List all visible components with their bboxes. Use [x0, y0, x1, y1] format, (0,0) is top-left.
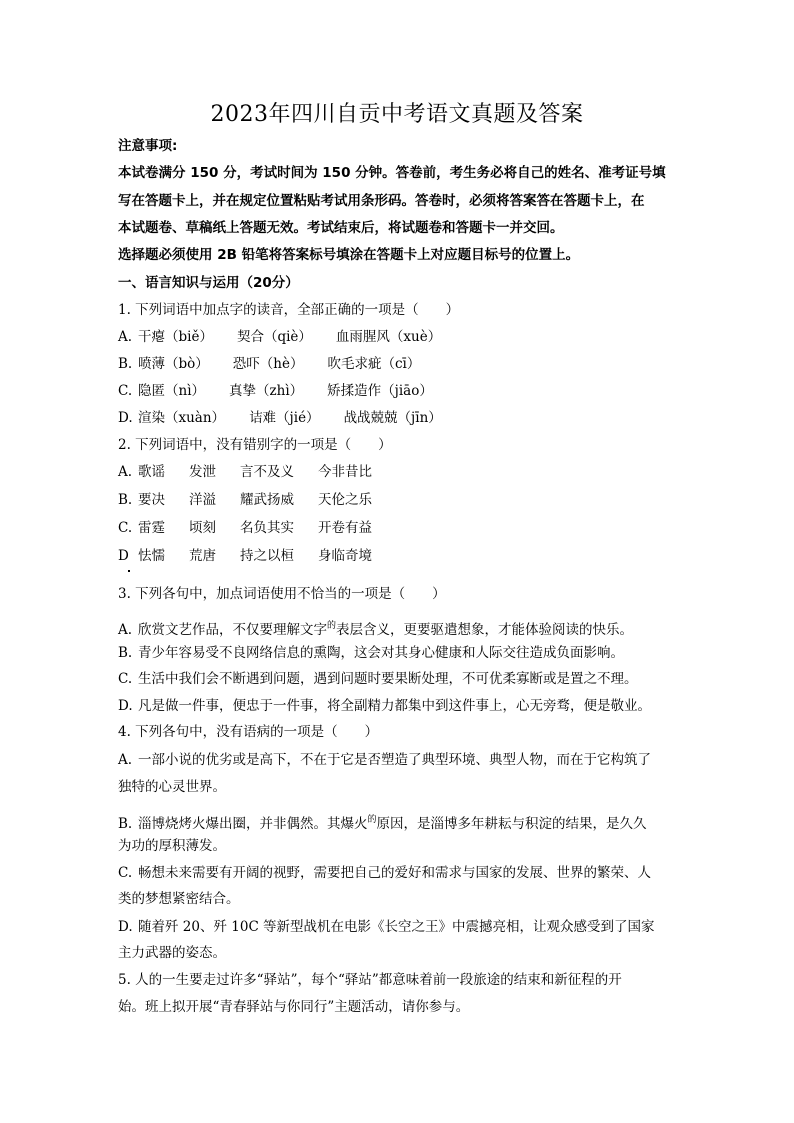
question-1-stem: 1. 下列词语中加点字的读音，全部正确的一项是（ ）: [118, 301, 678, 319]
q4-option-d: D.随着歼 20、歼 10C 等新型战机在电影《长空之王》中震撼亮相，让观众感受…: [118, 918, 678, 936]
option-item: 诘难（jié）: [249, 409, 320, 427]
option-label: D.: [118, 918, 138, 936]
notice-line: 本试卷满分 150 分，考试时间为 150 分钟。答卷前，考生务必将自己的姓名、…: [118, 164, 678, 182]
q1-option-d: D.渲染（xuàn）诘难（jié）战战兢兢（jīn）: [118, 409, 678, 427]
option-label: C.: [118, 382, 138, 400]
notice-line: 写在答题卡上，并在规定位置粘贴考试用条形码。答卷时，必须将答案答在答题卡上，在: [118, 192, 678, 210]
option-item: 歌谣: [138, 463, 165, 481]
superscript-char: 的: [368, 815, 377, 825]
option-text: 欣赏文艺作品，不仅要理解文字: [138, 622, 327, 638]
option-item: 真挚（zhì）: [229, 382, 303, 400]
option-item: 发泄: [189, 463, 216, 481]
notice-heading: 注意事项:: [118, 137, 678, 155]
q3-option-d: D.凡是做一件事，便忠于一件事，将全副精力都集中到这件事上，心无旁骛，便是敬业。: [118, 697, 678, 715]
option-label: A.: [118, 751, 138, 769]
q4-option-a-cont: 独特的心灵世界。: [118, 778, 678, 796]
q1-option-b: B.喷薄（bò）恐吓（hè）吹毛求疵（cī）: [118, 355, 678, 373]
q1-option-c: C.隐匿（nì）真挚（zhì）矫揉造作（jiāo）: [118, 382, 678, 400]
option-item: 身临奇境: [318, 547, 372, 565]
option-item: 今非昔比: [318, 463, 372, 481]
q4-option-c-cont: 类的梦想紧密结合。: [118, 890, 678, 908]
option-label: A.: [118, 328, 138, 346]
q3-option-c: C.生活中我们会不断遇到问题，遇到问题时要果断处理，不可优柔寡断或是置之不理。: [118, 670, 678, 688]
section-heading: 一、语言知识与运用（20分）: [118, 274, 678, 292]
option-item: 隐匿（nì）: [138, 382, 205, 400]
option-item: 言不及义: [240, 463, 294, 481]
option-label: D.: [118, 409, 138, 427]
q3-option-b: B.青少年容易受不良网络信息的熏陶，这会对其身心健康和人际交往造成负面影响。: [118, 644, 678, 662]
notice-line: 选择题必须使用 2B 铅笔将答案标号填涂在答题卡上对应题目标号的位置上。: [118, 246, 678, 264]
q3-option-a: A.欣赏文艺作品，不仅要理解文字的表层含义，更要驱遣想象，才能体验阅读的快乐。: [118, 617, 678, 639]
option-item: 要决: [138, 491, 165, 509]
question-3-stem: 3. 下列各句中，加点词语使用不恰当的一项是（ ）: [118, 585, 678, 603]
document-title: 2023年四川自贡中考语文真题及答案: [0, 97, 794, 128]
q4-option-b-cont: 为功的厚积薄发。: [118, 837, 678, 855]
option-label: A.: [118, 463, 138, 481]
option-item: 荒唐: [189, 547, 216, 565]
option-text: 凡是做一件事，便忠于一件事，将全副精力都集中到这件事上，心无旁骛，便是敬业。: [138, 698, 651, 714]
option-label: B.: [118, 491, 138, 509]
option-item: 矫揉造作（jiāo）: [327, 382, 433, 400]
option-label: B.: [118, 355, 138, 373]
option-label: B.: [118, 644, 138, 662]
notice-line: 本试题卷、草稿纸上答题无效。考试结束后，将试题卷和答题卡一并交回。: [118, 219, 678, 237]
option-text: 淄博烧烤火爆出圈，并非偶然。其爆火: [138, 816, 368, 832]
q4-option-b: B.淄博烧烤火爆出圈，并非偶然。其爆火的原因，是淄博多年耕耘与积淀的结果，是久久: [118, 811, 678, 833]
option-item: 血雨腥风（xuè）: [336, 328, 441, 346]
option-item: 怯懦: [138, 547, 165, 565]
option-text: 原因，是淄博多年耕耘与积淀的结果，是久久: [377, 816, 647, 832]
option-label: D.: [118, 697, 138, 715]
question-4-stem: 4. 下列各句中，没有语病的一项是（ ）: [118, 723, 678, 741]
option-text: 表层含义，更要驱遣想象，才能体验阅读的快乐。: [336, 622, 633, 638]
option-item: 干瘪（biě）: [138, 328, 213, 346]
option-text: 青少年容易受不良网络信息的熏陶，这会对其身心健康和人际交往造成负面影响。: [138, 645, 624, 661]
option-item: 雷霆: [138, 519, 165, 537]
q4-option-a: A.一部小说的优劣或是高下，不在于它是否塑造了典型环境、典型人物，而在于它构筑了: [118, 751, 678, 769]
option-text: 生活中我们会不断遇到问题，遇到问题时要果断处理，不可优柔寡断或是置之不理。: [138, 671, 638, 687]
option-label: B.: [118, 815, 138, 833]
q2-option-a: A.歌谣发泄言不及义今非昔比: [118, 463, 678, 481]
option-label: D: [118, 547, 138, 565]
option-item: 渲染（xuàn）: [138, 409, 225, 427]
option-item: 顷刻: [189, 519, 216, 537]
option-label: C.: [118, 864, 138, 882]
option-item: 耀武扬威: [240, 491, 294, 509]
option-item: 战战兢兢（jīn）: [344, 409, 442, 427]
option-item: 洋溢: [189, 491, 216, 509]
option-label: C.: [118, 670, 138, 688]
question-2-stem: 2. 下列词语中，没有错别字的一项是（ ）: [118, 436, 678, 454]
document-page: 2023年四川自贡中考语文真题及答案 注意事项: 本试卷满分 150 分，考试时…: [0, 0, 794, 1123]
q1-option-a: A.干瘪（biě）契合（qiè）血雨腥风（xuè）: [118, 328, 678, 346]
q4-option-d-cont: 主力武器的姿态。: [118, 944, 678, 962]
question-5-stem: 5. 人的一生要走过许多“驿站”，每个“驿站”都意味着前一段旅途的结束和新征程的…: [118, 971, 678, 989]
option-label: C.: [118, 519, 138, 537]
option-text: 一部小说的优劣或是高下，不在于它是否塑造了典型环境、典型人物，而在于它构筑了: [138, 752, 651, 768]
option-item: 天伦之乐: [318, 491, 372, 509]
option-item: 持之以桓: [240, 547, 294, 565]
option-label: A.: [118, 621, 138, 639]
option-text: 随着歼 20、歼 10C 等新型战机在电影《长空之王》中震撼亮相，让观众感受到了…: [138, 919, 655, 935]
superscript-char: 的: [327, 621, 336, 631]
option-text: 畅想未来需要有开阔的视野，需要把自己的爱好和需求与国家的发展、世界的繁荣、人: [138, 865, 651, 881]
q2-option-b: B.要决洋溢耀武扬威天伦之乐: [118, 491, 678, 509]
option-item: 契合（qiè）: [237, 328, 312, 346]
q2-option-c: C.雷霆顷刻名负其实开卷有益: [118, 519, 678, 537]
q2-option-d: D怯懦荒唐持之以桓身临奇境: [118, 547, 678, 565]
question-5-stem-cont: 始。班上拟开展“青春驿站与你同行”主题活动，请你参与。: [118, 998, 678, 1016]
option-item: 开卷有益: [318, 519, 372, 537]
option-item: 吹毛求疵（cī）: [327, 355, 420, 373]
option-item: 喷薄（bò）: [138, 355, 209, 373]
option-item: 名负其实: [240, 519, 294, 537]
stray-dot: [128, 570, 130, 572]
q4-option-c: C.畅想未来需要有开阔的视野，需要把自己的爱好和需求与国家的发展、世界的繁荣、人: [118, 864, 678, 882]
option-item: 恐吓（hè）: [233, 355, 304, 373]
